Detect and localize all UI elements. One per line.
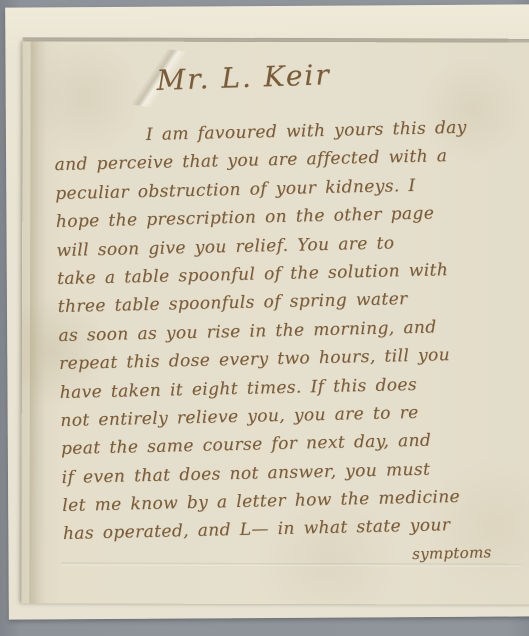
scanned-letter-page: Mr. L. Keir I am favoured with yours thi…: [0, 0, 529, 636]
letter-body: Mr. L. Keir I am favoured with yours thi…: [52, 55, 505, 571]
paper-deckle-edge: [29, 41, 46, 603]
